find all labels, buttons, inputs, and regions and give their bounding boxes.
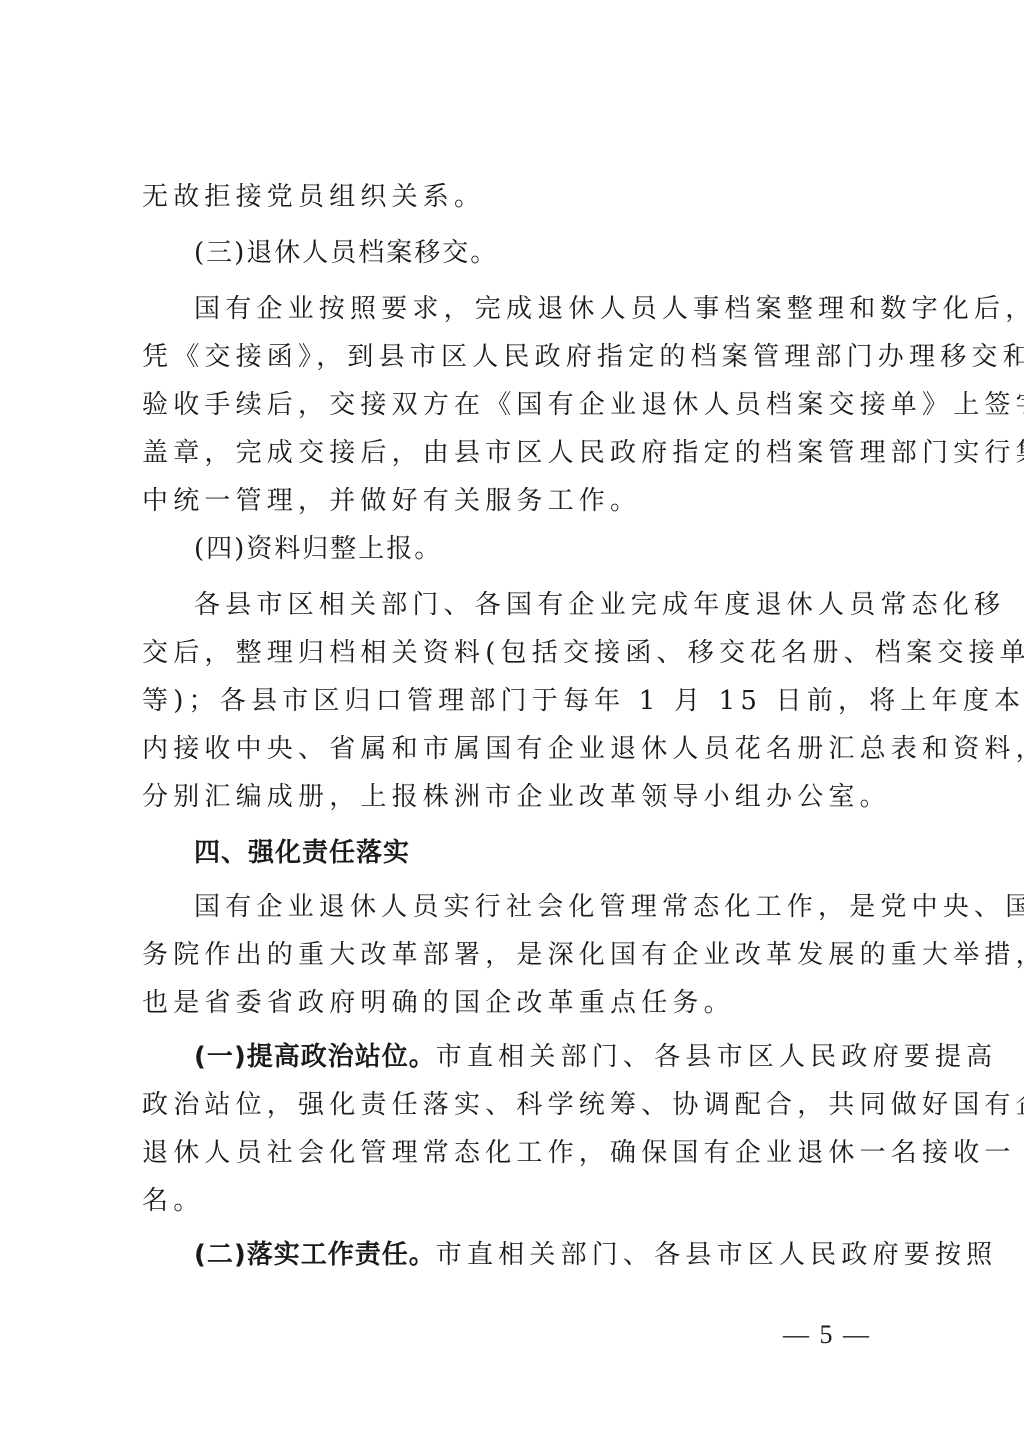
section-heading: 四、强化责任落实 [194,836,902,870]
paragraph-line: 国有企业按照要求，完成退休人员人事档案整理和数字化后， [194,292,902,326]
paragraph-line: 内接收中央、省属和市属国有企业退休人员花名册汇总表和资料， [142,732,902,766]
paragraph-line: (一)提高政治站位。市直相关部门、各县市区人民政府要提高 [194,1040,902,1074]
paragraph-line: 务院作出的重大改革部署，是深化国有企业改革发展的重大举措， [142,938,902,972]
paragraph-line: 分别汇编成册，上报株洲市企业改革领导小组办公室。 [142,780,902,814]
paragraph-line: 无故拒接党员组织关系。 [142,180,902,214]
paragraph-line: 国有企业退休人员实行社会化管理常态化工作，是党中央、国 [194,890,902,924]
paragraph-text: 市直相关部门、各县市区人民政府要提高 [436,1042,998,1072]
paragraph-text: 市直相关部门、各县市区人民政府要按照 [436,1240,998,1270]
page-number: — 5 — [783,1318,871,1352]
paragraph-line: 也是省委省政府明确的国企改革重点任务。 [142,986,902,1020]
paragraph-line: 退休人员社会化管理常态化工作，确保国有企业退休一名接收一 [142,1136,902,1170]
paragraph-line: 中统一管理，并做好有关服务工作。 [142,484,902,518]
paragraph-line: 政治站位，强化责任落实、科学统筹、协调配合，共同做好国有企业 [142,1088,902,1122]
paragraph-line: 盖章，完成交接后，由县市区人民政府指定的档案管理部门实行集 [142,436,902,470]
paragraph-line: 验收手续后，交接双方在《国有企业退休人员档案交接单》上签字 [142,388,902,422]
subsection-heading: (三)退休人员档案移交。 [194,236,902,270]
paragraph-line: 凭《交接函》，到县市区人民政府指定的档案管理部门办理移交和 [142,340,902,374]
paragraph-line: 等)；各县市区归口管理部门于每年 1 月 15 日前，将上年度本辖区 [142,684,902,718]
paragraph-lead: (一)提高政治站位。 [194,1042,436,1072]
paragraph-line: 各县市区相关部门、各国有企业完成年度退休人员常态化移 [194,588,902,622]
paragraph-line: 交后，整理归档相关资料(包括交接函、移交花名册、档案交接单 [142,636,902,670]
paragraph-line: 名。 [142,1184,902,1218]
subsection-heading: (四)资料归整上报。 [194,532,902,566]
paragraph-lead: (二)落实工作责任。 [194,1240,436,1270]
paragraph-line: (二)落实工作责任。市直相关部门、各县市区人民政府要按照 [194,1238,902,1272]
